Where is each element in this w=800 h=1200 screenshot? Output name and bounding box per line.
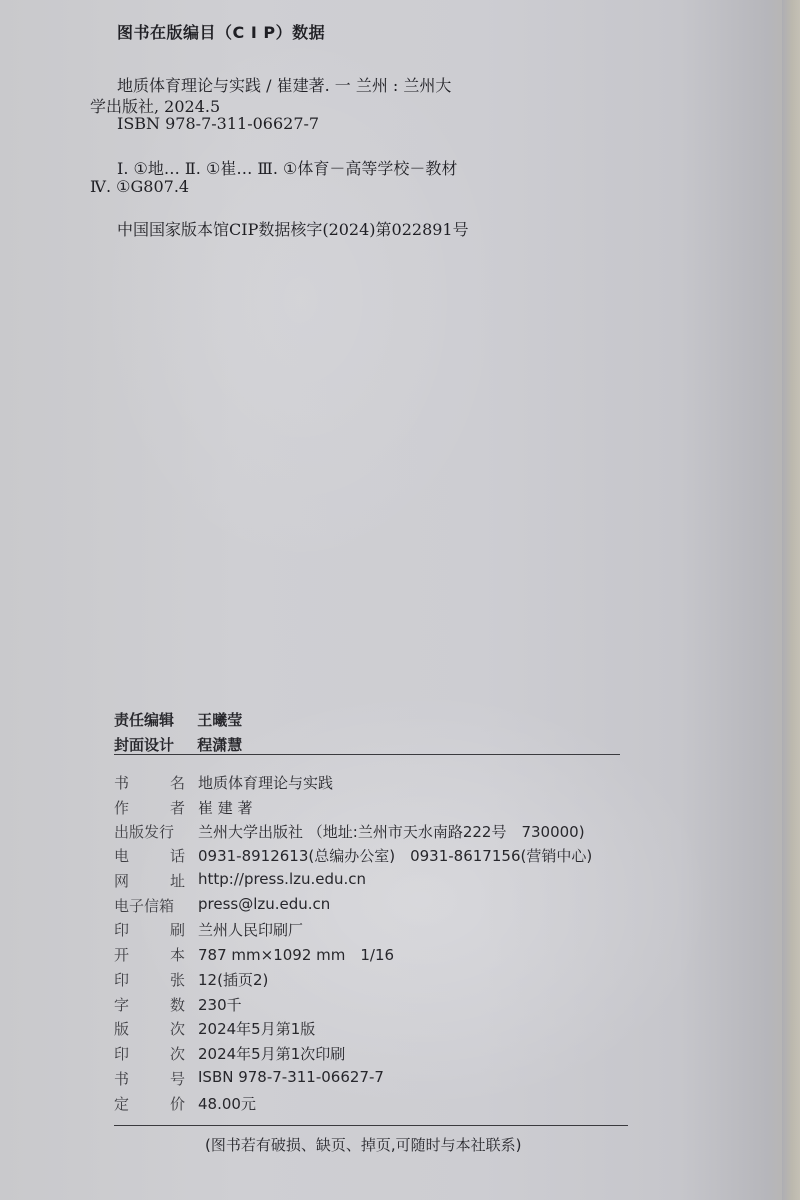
info-label-char: 印 (114, 969, 129, 990)
cip-line-classification: Ⅳ. ①G807.4 (90, 177, 189, 196)
divider-top (114, 754, 620, 755)
info-row: 开本787 mm×1092 mm 1/16 (114, 944, 198, 966)
info-row: 网址http://press.lzu.edu.cn (114, 870, 198, 892)
info-label-char: 本 (170, 944, 185, 965)
credit-value: 程潇慧 (197, 736, 242, 754)
info-row: 印次2024年5月第1次印刷 (114, 1043, 198, 1065)
damage-notice: (图书若有破损、缺页、掉页,可随时与本社联系) (205, 1134, 521, 1155)
info-row: 电话0931-8912613(总编办公室) 0931-8617156(营销中心) (114, 845, 198, 867)
info-label-char: 书 (114, 1068, 129, 1089)
info-label-char: 数 (170, 994, 185, 1015)
info-label-char: 址 (170, 870, 185, 891)
credit-cover-design: 封面设计 程潇慧 (114, 734, 242, 755)
info-label-char: 书 (114, 772, 129, 793)
info-row: 定价48.00元 (114, 1093, 198, 1115)
credit-value: 王曦莹 (197, 711, 242, 729)
info-label-char: 名 (170, 772, 185, 793)
info-label: 电子信箱 (114, 895, 198, 916)
info-value: ISBN 978-7-311-06627-7 (198, 1068, 384, 1086)
info-label: 电话 (114, 845, 198, 863)
info-label-char: 次 (170, 1018, 185, 1039)
cip-line-title: 地质体育理论与实践 / 崔建著. 一 兰州 : 兰州大 (117, 73, 451, 96)
credit-label: 封面设计 (114, 734, 192, 755)
info-label: 作者 (114, 797, 198, 815)
info-label-char: 网 (114, 870, 129, 891)
info-row: 作者崔 建 著 (114, 797, 198, 819)
credit-label: 责任编辑 (114, 709, 192, 730)
info-label-char: 开 (114, 944, 129, 965)
info-label-char: 定 (114, 1093, 129, 1114)
page-edge (782, 0, 800, 1200)
info-label: 书号 (114, 1068, 198, 1086)
info-row: 字数230千 (114, 994, 198, 1016)
cip-line-subjects: Ⅰ. ①地… Ⅱ. ①崔… Ⅲ. ①体育－高等学校－教材 (117, 156, 457, 179)
info-label: 字数 (114, 994, 198, 1012)
info-label-char: 作 (114, 797, 129, 818)
info-label-char: 印 (114, 919, 129, 940)
info-label: 印张 (114, 969, 198, 987)
info-label: 定价 (114, 1093, 198, 1111)
info-label-char: 次 (170, 1043, 185, 1064)
info-row: 出版发行兰州大学出版社 （地址:兰州市天水南路222号 730000) (114, 821, 198, 842)
info-label-char: 价 (170, 1093, 185, 1114)
info-value: 2024年5月第1次印刷 (198, 1043, 345, 1064)
info-label-char: 字 (114, 994, 129, 1015)
info-value: 兰州人民印刷厂 (198, 919, 303, 940)
cip-line-record-number: 中国国家版本馆CIP数据核字(2024)第022891号 (117, 217, 469, 240)
info-label: 印刷 (114, 919, 198, 937)
info-label-text: 出版发行 (114, 823, 174, 841)
cip-heading: 图书在版编目（C I P）数据 (117, 20, 325, 43)
info-label-char: 刷 (170, 919, 185, 940)
info-label-text: 电子信箱 (114, 897, 174, 915)
divider-bottom (114, 1125, 628, 1126)
credit-editor: 责任编辑 王曦莹 (114, 709, 242, 730)
info-row: 电子信箱press@lzu.edu.cn (114, 895, 198, 916)
info-label-char: 号 (170, 1068, 185, 1089)
info-value: 230千 (198, 994, 242, 1015)
info-row: 印张12(插页2) (114, 969, 198, 991)
info-value: 48.00元 (198, 1093, 256, 1114)
info-row: 书号ISBN 978-7-311-06627-7 (114, 1068, 198, 1090)
info-value: press@lzu.edu.cn (198, 895, 330, 913)
info-label: 开本 (114, 944, 198, 962)
info-value: 12(插页2) (198, 969, 268, 990)
info-label: 网址 (114, 870, 198, 888)
info-label: 印次 (114, 1043, 198, 1061)
info-label: 出版发行 (114, 821, 198, 842)
info-value: 0931-8912613(总编办公室) 0931-8617156(营销中心) (198, 845, 592, 866)
info-label-char: 印 (114, 1043, 129, 1064)
info-label: 版次 (114, 1018, 198, 1036)
info-value: 地质体育理论与实践 (198, 772, 333, 793)
info-label-char: 者 (170, 797, 185, 818)
info-label-char: 张 (170, 969, 185, 990)
info-row: 印刷兰州人民印刷厂 (114, 919, 198, 941)
info-value: 787 mm×1092 mm 1/16 (198, 944, 394, 965)
info-label-char: 话 (170, 845, 185, 866)
info-value: 2024年5月第1版 (198, 1018, 315, 1039)
info-row: 书名地质体育理论与实践 (114, 772, 198, 794)
info-value: 兰州大学出版社 （地址:兰州市天水南路222号 730000) (198, 821, 585, 842)
info-label-char: 版 (114, 1018, 129, 1039)
info-label-char: 电 (114, 845, 129, 866)
cip-line-isbn: ISBN 978-7-311-06627-7 (117, 114, 319, 133)
info-row: 版次2024年5月第1版 (114, 1018, 198, 1040)
info-value: 崔 建 著 (198, 797, 253, 818)
info-label: 书名 (114, 772, 198, 790)
info-value: http://press.lzu.edu.cn (198, 870, 366, 888)
